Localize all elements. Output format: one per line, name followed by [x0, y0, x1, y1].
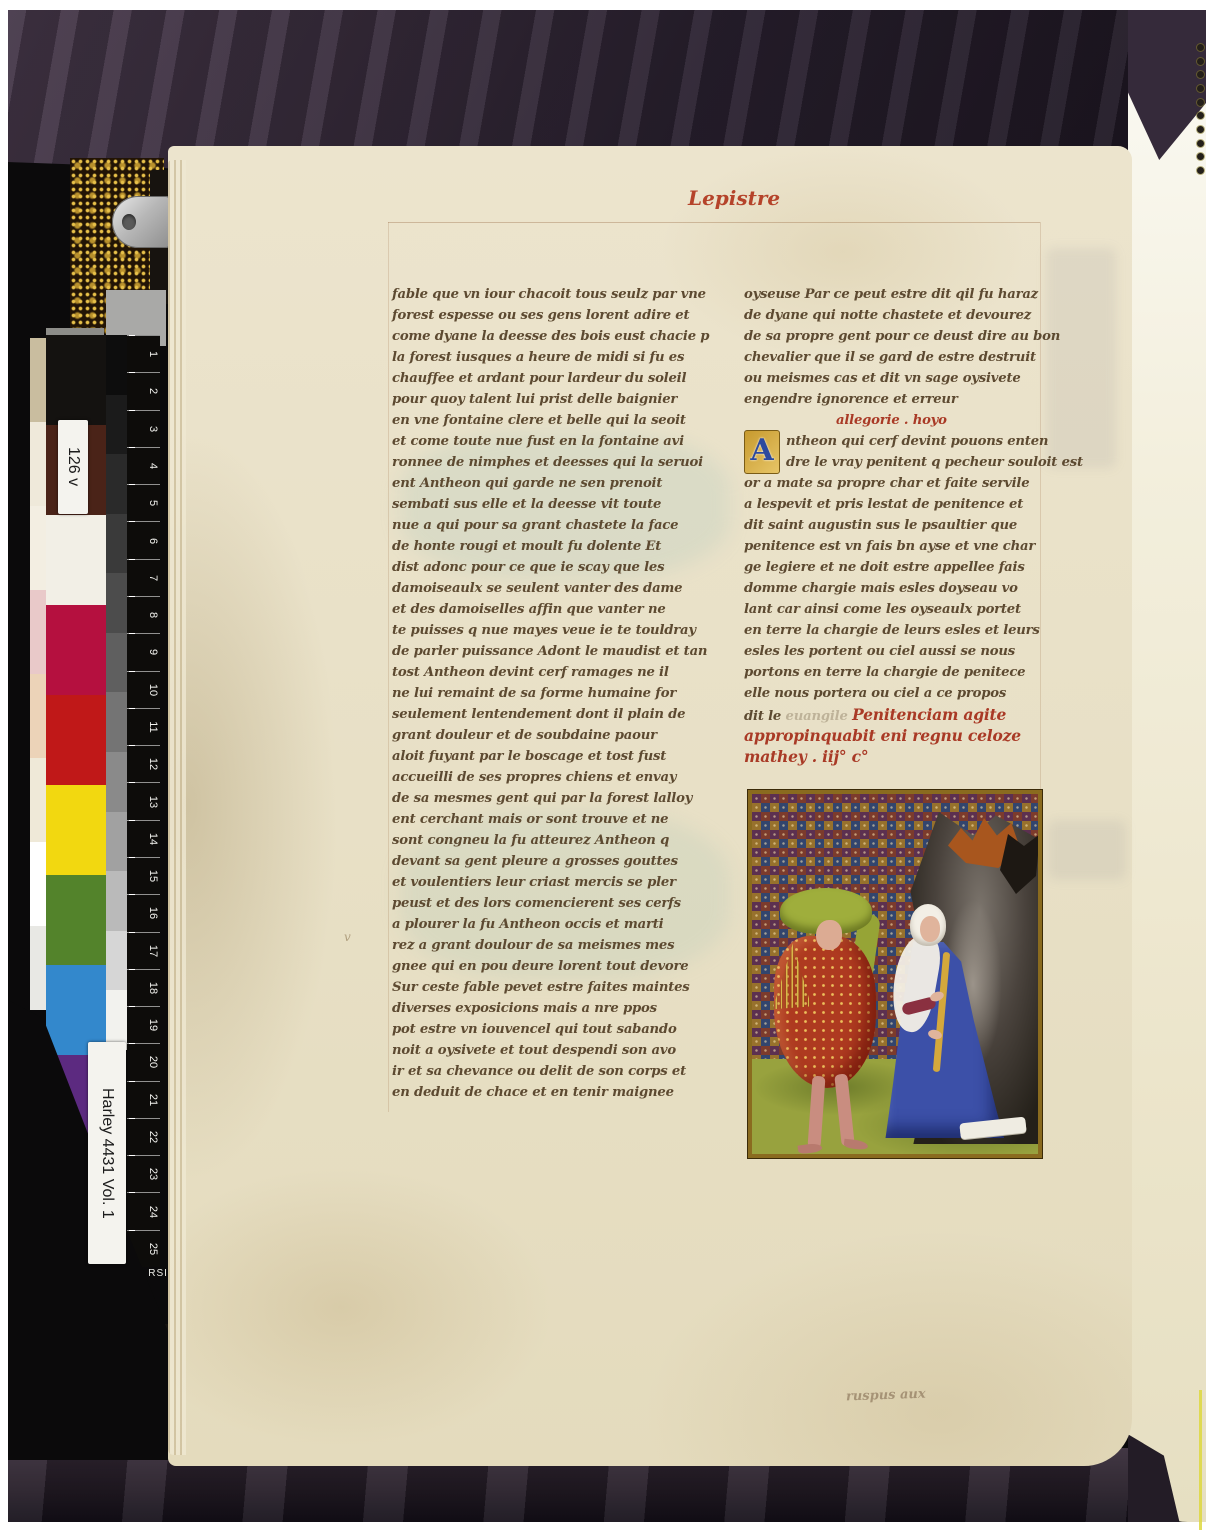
color-patch — [46, 335, 106, 425]
text-segment: de parler puissance Adont le maudist et … — [392, 644, 707, 659]
ruler-cell: 13 — [127, 782, 160, 819]
ruler-cell: 23 — [127, 1155, 160, 1192]
text-line: et des damoiselles affin que vanter ne — [392, 599, 740, 620]
text-line: Sur ceste fable pevet estre faites maint… — [392, 977, 740, 998]
text-segment: rez a grant doulour de sa meismes mes — [392, 938, 674, 953]
text-segment: chauffee et ardant pour lardeur du solei… — [392, 371, 686, 386]
text-line: de parler puissance Adont le maudist et … — [392, 641, 740, 662]
text-line: chevalier que il se gard de estre destru… — [744, 347, 1092, 368]
color-patch — [30, 758, 46, 842]
color-patch — [106, 752, 127, 812]
text-segment: pot estre vn iouvencel qui tout sabando — [392, 1022, 677, 1037]
text-segment: Penitenciam agite — [852, 705, 1006, 724]
ruler-cell: 6 — [127, 521, 160, 558]
ruler-cell: 15 — [127, 857, 160, 894]
text-line: et come toute nue fust en la fontaine av… — [392, 431, 740, 452]
text-line: come dyane la deesse des bois eust chaci… — [392, 326, 740, 347]
text-segment: dist adonc pour ce que ie scay que les — [392, 560, 664, 575]
ruler-number: 4 — [147, 463, 158, 469]
text-segment: et voulentiers leur criast mercis se ple… — [392, 875, 676, 890]
shelfmark-label: Harley 4431 Vol. 1 — [88, 1042, 126, 1264]
text-segment: lant car ainsi come les oyseaulx portet — [744, 602, 1021, 617]
text-segment: noit a oysivete et tout despendi son avo — [392, 1043, 676, 1058]
text-segment: allegorie . hoyo — [836, 413, 947, 428]
left-column: fable que vn iour chacoit tous seulz par… — [392, 284, 740, 1103]
ruler-number: 15 — [147, 870, 158, 882]
text-segment: et come toute nue fust en la fontaine av… — [392, 434, 684, 449]
text-line: mathey . iij° c° — [744, 746, 1092, 767]
text-line: penitence est vn fais bn ayse et vne cha… — [744, 536, 1092, 557]
text-line: sont congneu la fu atteurez Antheon q — [392, 830, 740, 851]
text-segment: elle nous portera ou ciel a ce propos — [744, 686, 1006, 701]
color-patch — [106, 931, 127, 991]
text-segment: engendre ignorence et erreur — [744, 392, 958, 407]
ruler-cell: 2 — [127, 372, 160, 409]
color-patch — [106, 335, 127, 395]
ruler-cell: 14 — [127, 820, 160, 857]
text-line: diverses exposicions mais a nre ppos — [392, 998, 740, 1019]
film-dot — [1197, 85, 1204, 92]
text-line: dit saint augustin sus le psaultier que — [744, 515, 1092, 536]
ruler-cell: 21 — [127, 1081, 160, 1118]
text-segment: accueilli de ses propres chiens et envay — [392, 770, 676, 785]
text-segment: a lespevit et pris lestat de penitence e… — [744, 497, 1023, 512]
ruler-number: 23 — [147, 1168, 158, 1180]
color-patch — [106, 633, 127, 693]
right-column: oyseuse Par ce peut estre dit qil fu har… — [744, 284, 1092, 767]
ruler-cell: 19 — [127, 1006, 160, 1043]
text-line: forest espesse ou ses gens lorent adire … — [392, 305, 740, 326]
film-dot — [1197, 126, 1204, 133]
text-segment: grant douleur et de soubdaine paour — [392, 728, 657, 743]
film-sprocket-dots — [1194, 44, 1206, 174]
text-line: devant sa gent pleure a grosses gouttes — [392, 851, 740, 872]
ruler-number: 19 — [147, 1019, 158, 1031]
text-segment: damoiseaulx se seulent vanter des dame — [392, 581, 682, 596]
text-segment: et des damoiselles affin que vanter ne — [392, 602, 666, 617]
ruler-number: 18 — [147, 982, 158, 994]
text-segment: Sur ceste fable pevet estre faites maint… — [392, 980, 690, 995]
text-line: ne lui remaint de sa forme humaine for — [392, 683, 740, 704]
text-line: portons en terre la chargie de penitece — [744, 662, 1092, 683]
ruler-number: 2 — [147, 388, 158, 394]
ruler-number: 25 — [147, 1243, 158, 1255]
text-line: ronnee de nimphes et deesses qui la seru… — [392, 452, 740, 473]
ruler-number: 16 — [147, 907, 158, 919]
text-line: ou meismes cas et dit vn sage oysivete — [744, 368, 1092, 389]
ruler: 1234567891011121314151617181920212223242… — [127, 335, 160, 1267]
text-line: la forest iusques a heure de midi si fu … — [392, 347, 740, 368]
ruler-number: 8 — [147, 612, 158, 618]
ruler-number: 6 — [147, 537, 158, 543]
text-segment: ou meismes cas et dit vn sage oysivete — [744, 371, 1021, 386]
text-line: nue a qui pour sa grant chastete la face — [392, 515, 740, 536]
color-patch — [30, 590, 46, 674]
text-segment: te puisses q nue mayes veue ie te touldr… — [392, 623, 696, 638]
text-segment: appropinquabit eni regnu celoze — [744, 726, 1021, 745]
text-line: a plourer la fu Antheon occis et marti — [392, 914, 740, 935]
text-line: en vne fontaine clere et belle qui la se… — [392, 410, 740, 431]
film-dot — [1197, 167, 1204, 174]
text-line: lant car ainsi come les oyseaulx portet — [744, 599, 1092, 620]
text-segment: domme chargie mais esles doyseau vo — [744, 581, 1018, 596]
color-patch — [46, 695, 106, 785]
facing-page-edge — [1128, 10, 1206, 1522]
text-line: rez a grant doulour de sa meismes mes — [392, 935, 740, 956]
text-segment: sembati sus elle et la deesse vit toute — [392, 497, 661, 512]
grayscale-strip — [106, 335, 127, 1050]
text-segment: esles les portent ou ciel aussi se nous — [744, 644, 1015, 659]
ruler-cell: 1 — [127, 335, 160, 372]
text-line: ge legiere et ne doit estre appellee fai… — [744, 557, 1092, 578]
text-segment: en terre la chargie de leurs esles et le… — [744, 623, 1040, 638]
text-line: tost Antheon devint cerf ramages ne il — [392, 662, 740, 683]
text-line: a lespevit et pris lestat de penitence e… — [744, 494, 1092, 515]
text-segment: tost Antheon devint cerf ramages ne il — [392, 665, 669, 680]
text-segment: dit saint augustin sus le psaultier que — [744, 518, 1017, 533]
ruler-cell: 4 — [127, 447, 160, 484]
text-segment: de dyane qui notte chastete et devourez — [744, 308, 1031, 323]
text-segment: or a mate sa propre char et faite servil… — [744, 476, 1029, 491]
film-edge-mark — [1199, 1390, 1202, 1530]
text-line: de honte rougi et moult fu dolente Et — [392, 536, 740, 557]
film-dot — [1197, 99, 1204, 106]
ruling-line-vertical-left — [388, 222, 389, 1112]
text-segment: nue a qui pour sa grant chastete la face — [392, 518, 678, 533]
color-patch — [30, 506, 46, 590]
text-line: chauffee et ardant pour lardeur du solei… — [392, 368, 740, 389]
text-segment: de honte rougi et moult fu dolente Et — [392, 539, 661, 554]
text-segment: en deduit de chace et en tenir maignee — [392, 1085, 674, 1100]
color-patch — [46, 875, 106, 965]
ruler-number: 14 — [147, 833, 158, 845]
ruler-cell: 5 — [127, 484, 160, 521]
ruler-number: 9 — [147, 649, 158, 655]
text-line: dit le euangile Penitenciam agite — [744, 704, 1092, 725]
text-line: dist adonc pour ce que ie scay que les — [392, 557, 740, 578]
text-line: elle nous portera ou ciel a ce propos — [744, 683, 1092, 704]
ruler-cell: 8 — [127, 596, 160, 633]
film-dot — [1197, 44, 1204, 51]
text-segment: forest espesse ou ses gens lorent adire … — [392, 308, 689, 323]
text-segment: come dyane la deesse des bois eust chaci… — [392, 329, 709, 344]
text-line: damoiseaulx se seulent vanter des dame — [392, 578, 740, 599]
text-line: engendre ignorence et erreur — [744, 389, 1092, 410]
text-segment: penitence est vn fais bn ayse et vne cha… — [744, 539, 1035, 554]
color-patch — [106, 573, 127, 633]
narrow-color-strip — [30, 338, 46, 1010]
ruler-cell: 18 — [127, 969, 160, 1006]
text-line: ent Antheon qui garde ne sen prenoit — [392, 473, 740, 494]
film-dot — [1197, 112, 1204, 119]
ruler-number: 21 — [147, 1094, 158, 1106]
color-patch — [106, 395, 127, 455]
ruler-cell: 7 — [127, 559, 160, 596]
color-patch — [106, 454, 127, 514]
color-patch — [30, 674, 46, 758]
ruler-number: 5 — [147, 500, 158, 506]
text-line: noit a oysivete et tout despendi son avo — [392, 1040, 740, 1061]
text-line: allegorie . hoyo — [744, 410, 1092, 431]
color-patch — [46, 605, 106, 695]
text-segment: ronnee de nimphes et deesses qui la seru… — [392, 455, 703, 470]
color-patch — [106, 871, 127, 931]
header-rubric: Lepistre — [688, 188, 780, 208]
color-patch — [30, 926, 46, 1010]
illuminated-initial: A — [744, 430, 780, 474]
harpist-face — [816, 920, 842, 950]
ruler-cell: 9 — [127, 633, 160, 670]
film-dot — [1197, 140, 1204, 147]
text-line: et voulentiers leur criast mercis se ple… — [392, 872, 740, 893]
ruler-cell: 22 — [127, 1118, 160, 1155]
text-segment: ntheon qui cerf devint pouons enten — [786, 434, 1048, 449]
text-segment: de sa propre gent pour ce deust dire au … — [744, 329, 1060, 344]
text-segment: ent cerchant mais or sont trouve et ne — [392, 812, 668, 827]
ruler-number: 24 — [147, 1205, 158, 1217]
text-segment: euangile — [786, 709, 853, 724]
text-segment: ne lui remaint de sa forme humaine for — [392, 686, 676, 701]
text-line: en deduit de chace et en tenir maignee — [392, 1082, 740, 1103]
text-segment: chevalier que il se gard de estre destru… — [744, 350, 1036, 365]
color-patch — [106, 514, 127, 574]
ruler-cell: 3 — [127, 410, 160, 447]
text-segment: de sa mesmes gent qui par la forest lall… — [392, 791, 692, 806]
ruler-cell: 24 — [127, 1192, 160, 1229]
color-patch — [46, 785, 106, 875]
text-segment: a plourer la fu Antheon occis et marti — [392, 917, 663, 932]
text-line: aloit fuyant par le boscage et tost fust — [392, 746, 740, 767]
text-line: or a mate sa propre char et faite servil… — [744, 473, 1092, 494]
ruler-number: 1 — [147, 351, 158, 357]
text-line: de sa propre gent pour ce deust dire au … — [744, 326, 1092, 347]
film-dot — [1197, 153, 1204, 160]
ruler-number: 10 — [147, 684, 158, 696]
text-line: te puisses q nue mayes veue ie te touldr… — [392, 620, 740, 641]
ruler-number: 13 — [147, 795, 158, 807]
ruler-number: 7 — [147, 575, 158, 581]
miniature-illustration — [748, 790, 1042, 1158]
ruler-number: 22 — [147, 1131, 158, 1143]
text-line: ntheon qui cerf devint pouons enten — [744, 431, 1092, 452]
film-dot — [1197, 71, 1204, 78]
text-segment: mathey . iij° c° — [744, 747, 868, 766]
show-through-ghost — [1048, 820, 1126, 880]
text-line: pour quoy talent lui prist delle baignie… — [392, 389, 740, 410]
text-line: esles les portent ou ciel aussi se nous — [744, 641, 1092, 662]
text-segment: sont congneu la fu atteurez Antheon q — [392, 833, 669, 848]
color-patch — [30, 422, 46, 506]
color-patch — [46, 515, 106, 605]
text-segment: dre le vray penitent q pecheur souloit e… — [786, 455, 1083, 470]
text-segment: fable que vn iour chacoit tous seulz par… — [392, 287, 706, 302]
text-line: ent cerchant mais or sont trouve et ne — [392, 809, 740, 830]
text-line: dre le vray penitent q pecheur souloit e… — [744, 452, 1092, 473]
color-patch — [30, 338, 46, 422]
text-segment: seulement lentendement dont il plain de — [392, 707, 685, 722]
text-line: oyseuse Par ce peut estre dit qil fu har… — [744, 284, 1092, 305]
text-line: grant douleur et de soubdaine paour — [392, 725, 740, 746]
text-line: peust et des lors comencierent ses cerfs — [392, 893, 740, 914]
text-line: de sa mesmes gent qui par la forest lall… — [392, 788, 740, 809]
text-segment: ent Antheon qui garde ne sen prenoit — [392, 476, 662, 491]
ruler-number: 20 — [147, 1056, 158, 1068]
text-line: de dyane qui notte chastete et devourez — [744, 305, 1092, 326]
ruler-number: 11 — [147, 721, 158, 732]
text-line: en terre la chargie de leurs esles et le… — [744, 620, 1092, 641]
text-line: sembati sus elle et la deesse vit toute — [392, 494, 740, 515]
text-segment: en vne fontaine clere et belle qui la se… — [392, 413, 686, 428]
text-segment: ge legiere et ne doit estre appellee fai… — [744, 560, 1025, 575]
text-line: fable que vn iour chacoit tous seulz par… — [392, 284, 740, 305]
text-segment: la forest iusques a heure de midi si fu … — [392, 350, 684, 365]
text-line: gnee qui en pou deure lorent tout devore — [392, 956, 740, 977]
ruler-cell: 12 — [127, 745, 160, 782]
ruler-cell: 11 — [127, 708, 160, 745]
text-line: seulement lentendement dont il plain de — [392, 704, 740, 725]
ruler-number: 3 — [147, 426, 158, 432]
folio-number-label: 126 v — [58, 420, 88, 514]
text-segment: dit le — [744, 709, 786, 724]
text-segment: diverses exposicions mais a nre ppos — [392, 1001, 657, 1016]
text-segment: ir et sa chevance ou delit de son corps … — [392, 1064, 686, 1079]
text-line: ir et sa chevance ou delit de son corps … — [392, 1061, 740, 1082]
film-dot — [1197, 58, 1204, 65]
ruler-number: 12 — [147, 758, 158, 770]
margin-mark: v — [344, 930, 351, 944]
manuscript-photo: Lepistre fable que vn iour chacoit tous … — [0, 0, 1216, 1536]
text-segment: pour quoy talent lui prist delle baignie… — [392, 392, 677, 407]
ruling-line-horizontal — [388, 222, 1040, 223]
color-patch — [106, 812, 127, 872]
text-segment: devant sa gent pleure a grosses gouttes — [392, 854, 678, 869]
ruler-cell: 16 — [127, 894, 160, 931]
text-segment: gnee qui en pou deure lorent tout devore — [392, 959, 688, 974]
ruler-cell: 20 — [127, 1043, 160, 1080]
catchword-inscription: ruspus aux — [846, 1387, 926, 1405]
text-segment: aloit fuyant par le boscage et tost fust — [392, 749, 666, 764]
ruler-cell: 10 — [127, 671, 160, 708]
lady-face — [920, 916, 940, 942]
text-line: domme chargie mais esles doyseau vo — [744, 578, 1092, 599]
text-line: accueilli de ses propres chiens et envay — [392, 767, 740, 788]
text-line: pot estre vn iouvencel qui tout sabando — [392, 1019, 740, 1040]
text-segment: oyseuse Par ce peut estre dit qil fu har… — [744, 287, 1038, 302]
text-segment: portons en terre la chargie de penitece — [744, 665, 1025, 680]
text-line: appropinquabit eni regnu celoze — [744, 725, 1092, 746]
color-patch — [106, 692, 127, 752]
metal-clasp-top — [112, 196, 170, 248]
page-edge-stack — [168, 160, 186, 1455]
color-patch — [106, 990, 127, 1050]
ruler-number: 17 — [147, 945, 158, 957]
text-segment: peust et des lors comencierent ses cerfs — [392, 896, 681, 911]
color-patch — [30, 842, 46, 926]
ruler-cell: 17 — [127, 932, 160, 969]
